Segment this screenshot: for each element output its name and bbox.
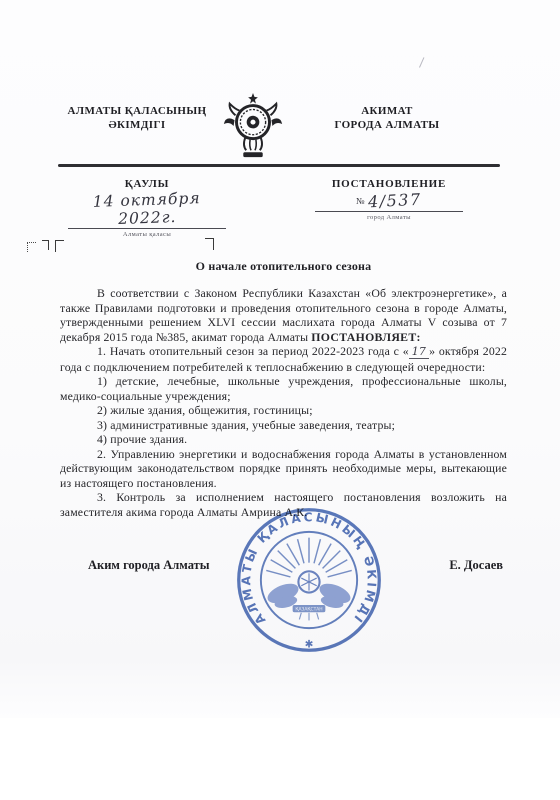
kazakhstan-coat-of-arms-icon [221, 92, 285, 160]
date-line: 14 октября 2022г. [68, 191, 226, 229]
paragraph-item-2: 2. Управлению энергетики и водоснабжения… [60, 447, 507, 491]
header-divider [58, 164, 500, 167]
scanned-decree-page: { "header": { "org_kk_line1": "АЛМАТЫ ҚА… [0, 0, 560, 800]
paragraph-item-1: 1. Начать отопительный сезон за период 2… [60, 344, 507, 374]
doc-type-russian: ПОСТАНОВЛЕНИЕ [315, 178, 463, 190]
document-title: О начале отопительного сезона [60, 259, 507, 274]
place-caption-russian: город Алматы [315, 214, 463, 221]
decree-meta-russian: ПОСТАНОВЛЕНИЕ №4/537 город Алматы [315, 178, 463, 221]
signer-position: Аким города Алматы [60, 558, 210, 573]
registration-mark [55, 240, 64, 252]
number-line: №4/537 [315, 191, 463, 212]
org-name-kazakh: АЛМАТЫ ҚАЛАСЫНЫҢ ӘКІМДІГІ [58, 105, 216, 132]
signer-name: Е. Досаев [449, 558, 507, 573]
document-body: В соответствии с Законом Республики Каза… [60, 286, 507, 519]
handwritten-date: 14 октября 2022г. [67, 188, 226, 229]
stamp-banner-text: ҚАЗАҚСТАН [295, 606, 322, 612]
list-item-4: 4) прочие здания. [60, 432, 507, 447]
list-item-2: 2) жилые здания, общежития, гостиницы; [60, 403, 507, 418]
list-item-3: 3) административные здания, учебные заве… [60, 418, 507, 433]
paragraph-preamble: В соответствии с Законом Республики Каза… [60, 286, 507, 344]
org-name-kazakh-line2: ӘКІМДІГІ [58, 119, 216, 133]
org-name-russian: АКИМАТ ГОРОДА АЛМАТЫ [312, 105, 462, 132]
org-name-russian-line2: ГОРОДА АЛМАТЫ [312, 119, 462, 133]
stamp-emblem-graphic: ҚАЗАҚСТАН [265, 538, 353, 621]
stamp-star-separator: ✱ [305, 638, 314, 650]
org-name-kazakh-line1: АЛМАТЫ ҚАЛАСЫНЫҢ [58, 105, 216, 119]
handwritten-day: 17 [409, 345, 429, 359]
number-sign: № [356, 196, 365, 206]
registration-mark [42, 240, 49, 250]
decree-meta-kazakh: ҚАУЛЫ 14 октября 2022г. Алматы қаласы [68, 178, 226, 238]
list-item-1: 1) детские, лечебные, школьные учреждени… [60, 374, 507, 403]
akimat-seal-stamp-icon: АЛМАТЫ ҚАЛАСЫНЫҢ ӘКІМДІГІ ✱ [232, 503, 386, 657]
handwritten-number: 4/537 [368, 190, 423, 212]
item1-pre: 1. Начать отопительный сезон за период 2… [97, 344, 409, 358]
place-caption-kazakh: Алматы қаласы [68, 231, 226, 238]
org-name-russian-line1: АКИМАТ [312, 105, 462, 119]
registration-mark-dotted [27, 242, 36, 252]
registration-mark [205, 238, 214, 250]
preamble-text: В соответствии с Законом Республики Каза… [60, 286, 507, 344]
resolves-keyword: ПОСТАНОВЛЯЕТ: [311, 330, 420, 344]
